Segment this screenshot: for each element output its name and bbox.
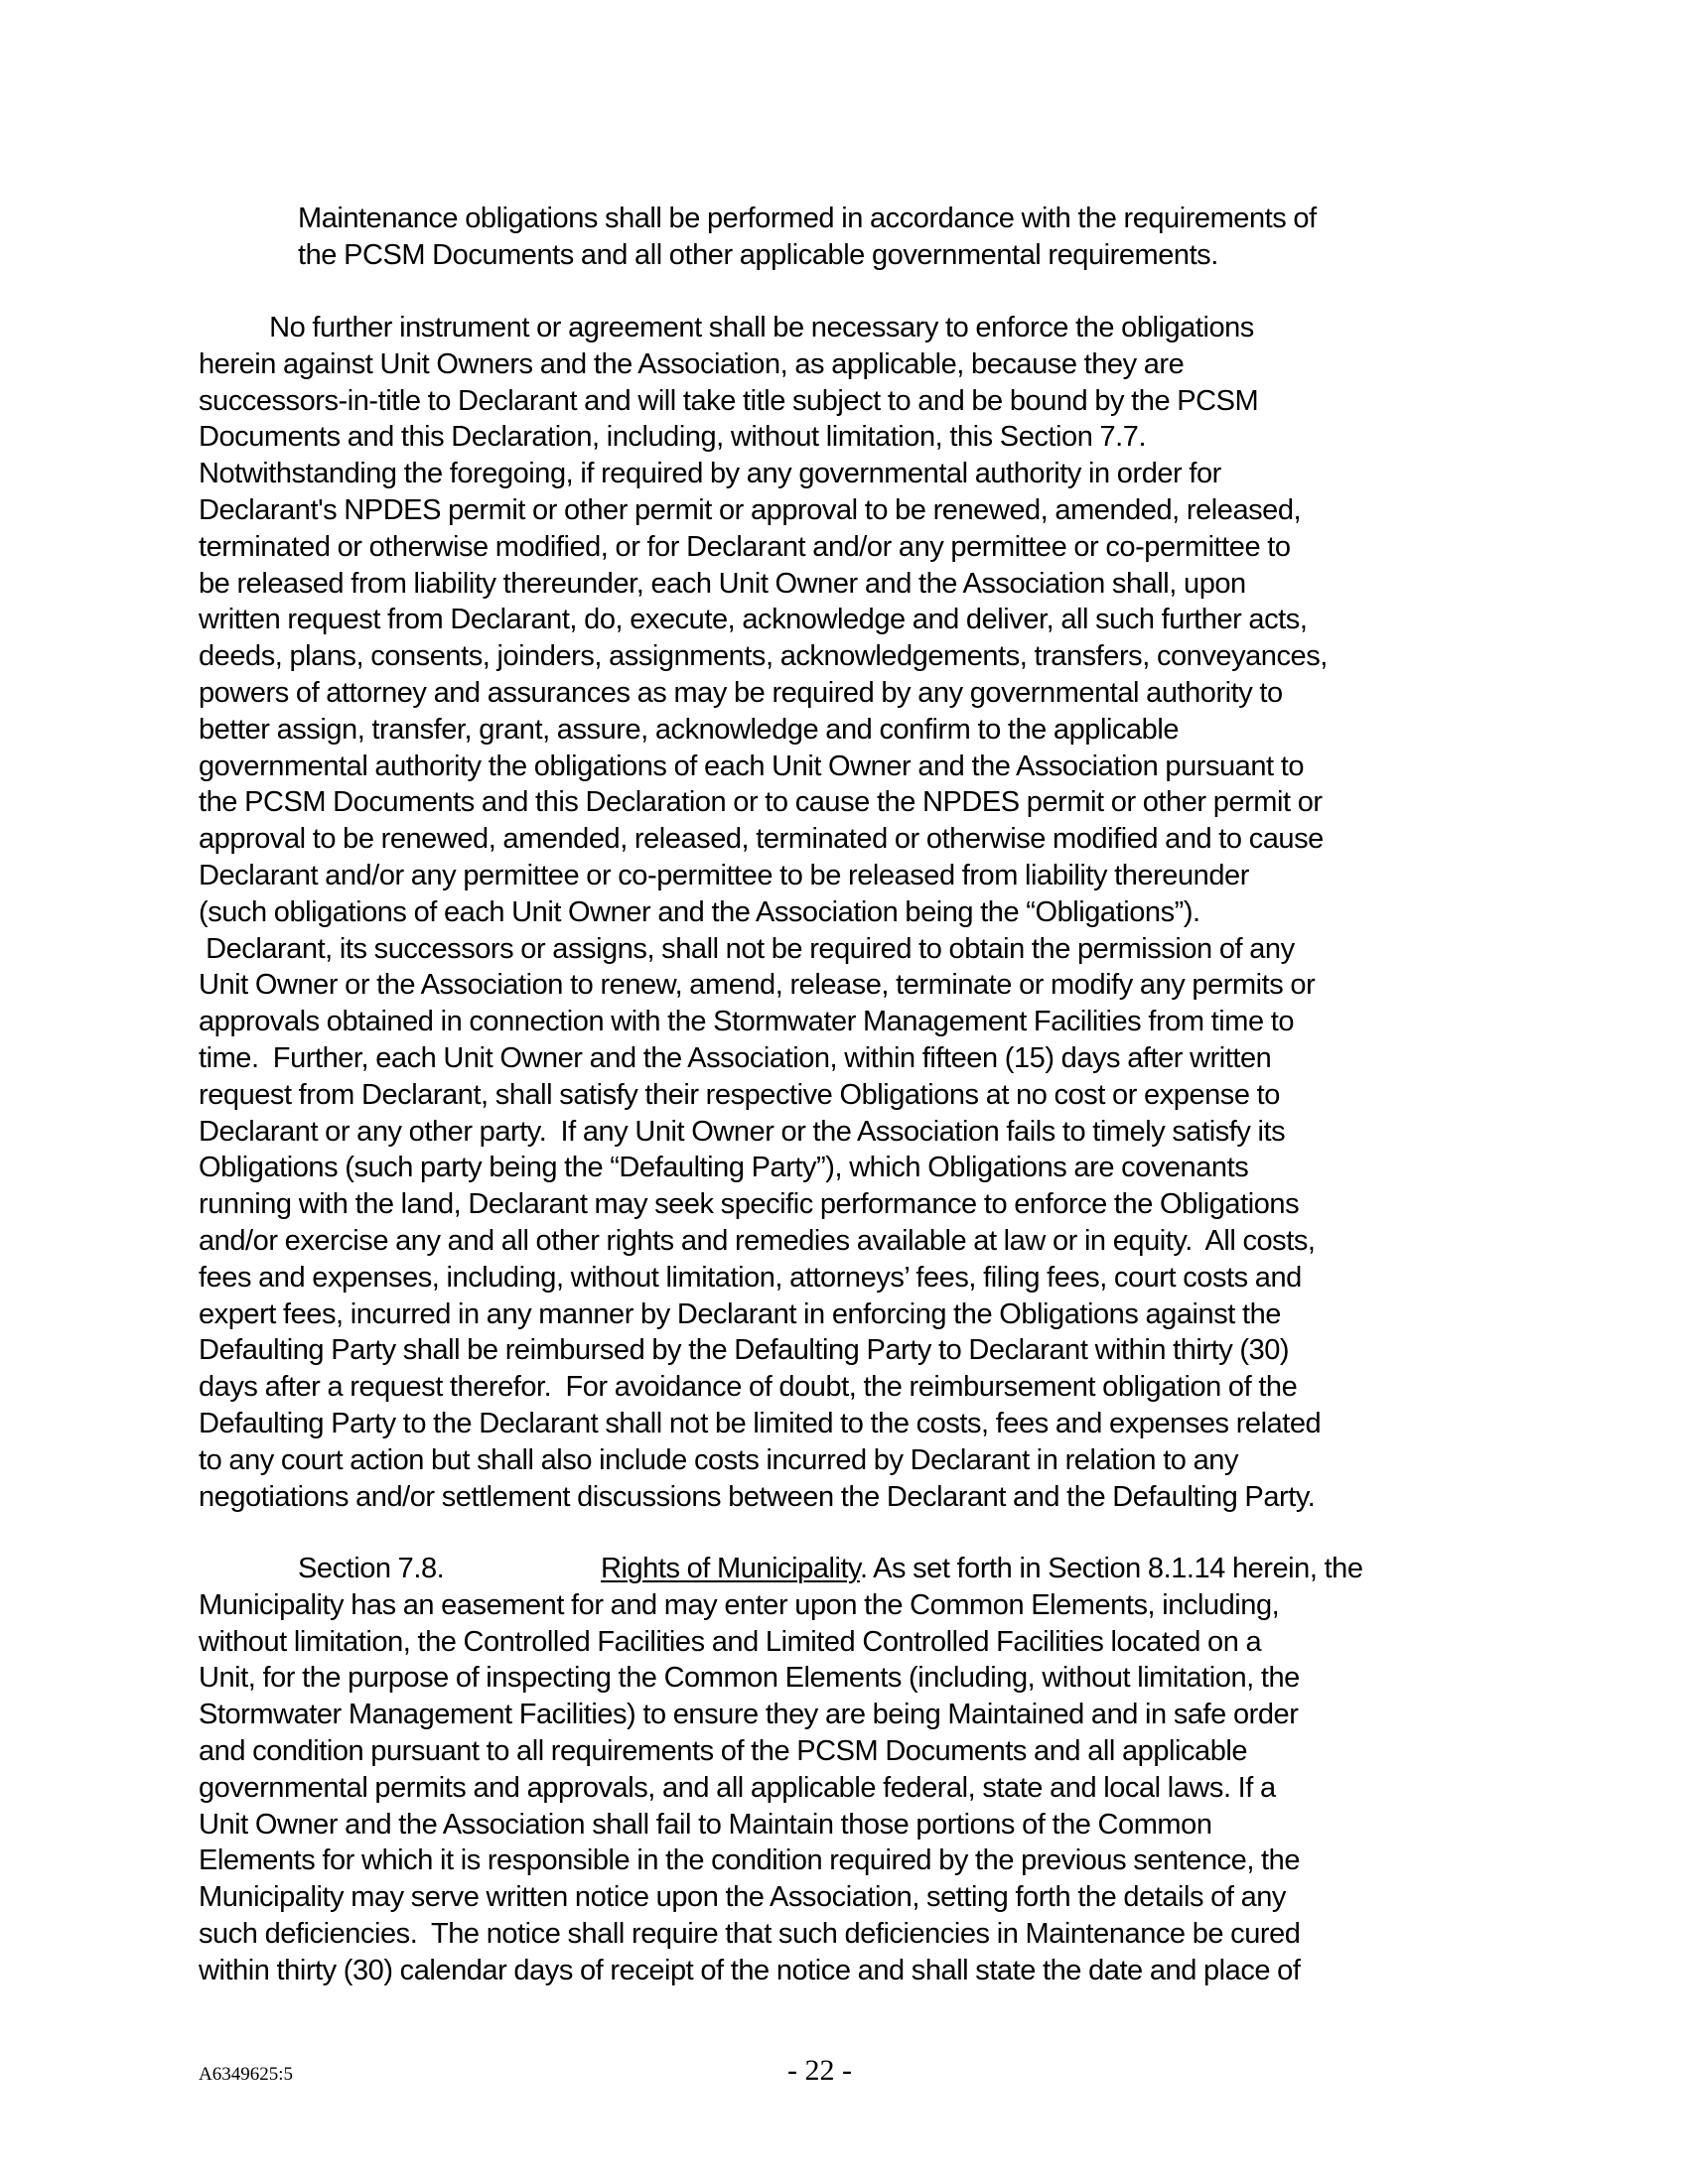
text-line: to any court action but shall also inclu… bbox=[199, 1442, 1509, 1479]
text-line: Declarant, its successors or assigns, sh… bbox=[199, 931, 1509, 968]
text-line: Stormwater Management Facilities) to ens… bbox=[199, 1697, 1509, 1733]
section-number: Section 7.8. bbox=[298, 1551, 444, 1587]
text-line: running with the land, Declarant may see… bbox=[199, 1186, 1509, 1223]
text-line: governmental permits and approvals, and … bbox=[199, 1770, 1509, 1807]
section-first-line-rest: . As set forth in Section 8.1.14 herein,… bbox=[860, 1553, 1363, 1584]
section-title: Rights of Municipality bbox=[601, 1553, 860, 1584]
text-line: request from Declarant, shall satisfy th… bbox=[199, 1077, 1509, 1114]
text-line: be released from liability thereunder, e… bbox=[199, 566, 1509, 603]
text-line: expert fees, incurred in any manner by D… bbox=[199, 1297, 1509, 1333]
text-line: Defaulting Party shall be reimbursed by … bbox=[199, 1332, 1509, 1369]
text-line: No further instrument or agreement shall… bbox=[199, 310, 1509, 346]
text-line: days after a request therefor. For avoid… bbox=[199, 1369, 1509, 1406]
text-line: approval to be renewed, amended, release… bbox=[199, 821, 1509, 858]
maintenance-paragraph: Maintenance obligations shall be perform… bbox=[298, 201, 1509, 274]
text-line: Declarant or any other party. If any Uni… bbox=[199, 1114, 1509, 1151]
text-line: Unit Owner or the Association to renew, … bbox=[199, 967, 1509, 1004]
text-line: within thirty (30) calendar days of rece… bbox=[199, 1953, 1509, 1989]
document-page: Maintenance obligations shall be perform… bbox=[0, 0, 1688, 2184]
text-line: Notwithstanding the foregoing, if requir… bbox=[199, 456, 1509, 492]
text-line: time. Further, each Unit Owner and the A… bbox=[199, 1040, 1509, 1077]
section-7-8-paragraph: Section 7.8. Rights of Municipality. As … bbox=[199, 1551, 1509, 1989]
text-line: negotiations and/or settlement discussio… bbox=[199, 1479, 1509, 1516]
text-line: Maintenance obligations shall be perform… bbox=[298, 201, 1509, 237]
text-line: Obligations (such party being the “Defau… bbox=[199, 1150, 1509, 1186]
section-heading-line: Section 7.8. Rights of Municipality. As … bbox=[199, 1551, 1509, 1587]
text-line: the PCSM Documents and this Declaration … bbox=[199, 784, 1509, 821]
text-line: Declarant's NPDES permit or other permit… bbox=[199, 492, 1509, 529]
text-line: written request from Declarant, do, exec… bbox=[199, 602, 1509, 638]
text-line: Unit, for the purpose of inspecting the … bbox=[199, 1660, 1509, 1697]
text-line: approvals obtained in connection with th… bbox=[199, 1004, 1509, 1040]
text-line: Elements for which it is responsible in … bbox=[199, 1843, 1509, 1879]
text-line: Declarant and/or any permittee or co-per… bbox=[199, 858, 1509, 894]
section-title-and-rest: Rights of Municipality. As set forth in … bbox=[601, 1551, 1363, 1587]
text-line: fees and expenses, including, without li… bbox=[199, 1260, 1509, 1297]
text-line: Defaulting Party to the Declarant shall … bbox=[199, 1406, 1509, 1442]
page-number: - 22 - bbox=[787, 2054, 852, 2088]
text-line: such deficiencies. The notice shall requ… bbox=[199, 1916, 1509, 1953]
text-line: Municipality may serve written notice up… bbox=[199, 1879, 1509, 1916]
text-line: better assign, transfer, grant, assure, … bbox=[199, 712, 1509, 749]
text-line: deeds, plans, consents, joinders, assign… bbox=[199, 638, 1509, 675]
text-line: herein against Unit Owners and the Assoc… bbox=[199, 346, 1509, 383]
text-line: without limitation, the Controlled Facil… bbox=[199, 1624, 1509, 1661]
text-line: the PCSM Documents and all other applica… bbox=[298, 237, 1509, 274]
text-line: Municipality has an easement for and may… bbox=[199, 1587, 1509, 1624]
text-line: powers of attorney and assurances as may… bbox=[199, 675, 1509, 712]
text-line: (such obligations of each Unit Owner and… bbox=[199, 894, 1509, 931]
obligations-paragraph: No further instrument or agreement shall… bbox=[199, 310, 1509, 1515]
text-line: Unit Owner and the Association shall fai… bbox=[199, 1807, 1509, 1843]
document-id: A6349625:5 bbox=[199, 2064, 293, 2086]
text-line: terminated or otherwise modified, or for… bbox=[199, 529, 1509, 566]
text-line: and/or exercise any and all other rights… bbox=[199, 1223, 1509, 1260]
text-line: Documents and this Declaration, includin… bbox=[199, 419, 1509, 456]
text-line: successors-in-title to Declarant and wil… bbox=[199, 383, 1509, 420]
text-line: governmental authority the obligations o… bbox=[199, 749, 1509, 785]
text-line: and condition pursuant to all requiremen… bbox=[199, 1733, 1509, 1770]
